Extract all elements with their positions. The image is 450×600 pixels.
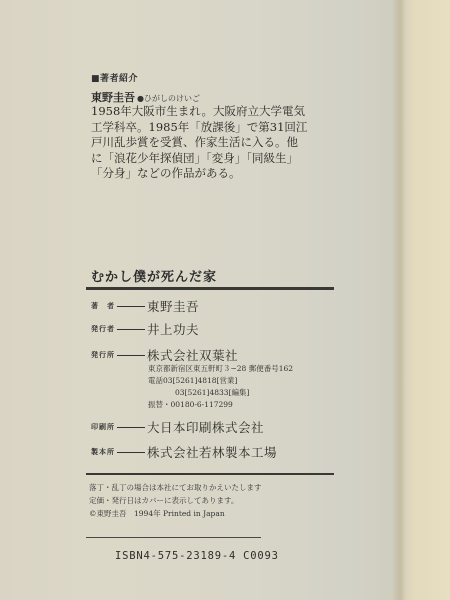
credit-dash <box>117 427 145 428</box>
title-divider <box>86 287 334 290</box>
bio-line: 工学科卒。1985年「放課後」で第31回江 <box>91 120 391 136</box>
author-bio-text: 1958年大阪市生まれ。大阪府立大学電気 工学科卒。1985年「放課後」で第31… <box>91 104 391 182</box>
author-name-reading: ●ひがしのけいご <box>137 94 200 103</box>
credit-label: 発行者 <box>91 324 117 334</box>
bio-line: 1958年大阪市生まれ。大阪府立大学電気 <box>91 104 391 120</box>
credit-value: 井上功夫 <box>147 320 199 338</box>
notice-divider <box>86 473 334 475</box>
notice-line: 落丁・乱丁の場合は本社にてお取りかえいたします <box>89 481 262 494</box>
credit-binder: 製本所 株式会社若林製本工場 <box>91 443 277 461</box>
colophon-page: ■著者紹介 東野圭吾●ひがしのけいご 1958年大阪市生まれ。大阪府立大学電気 … <box>0 0 450 600</box>
book-title: むかし僕が死んだ家 <box>91 266 217 285</box>
phone-sales: 電話03[5261]4818[営業] <box>148 375 293 387</box>
credit-issuer: 発行者 井上功夫 <box>91 320 199 338</box>
credit-dash <box>117 452 145 453</box>
credit-label: 印刷所 <box>91 422 117 432</box>
notice-line: 定価・発行日はカバーに表示してあります。 <box>89 494 262 507</box>
page-fold-shadow <box>392 0 406 600</box>
credit-author: 著 者 東野圭吾 <box>91 297 199 315</box>
author-bio-heading: ■著者紹介 <box>91 71 138 84</box>
bio-line: 戸川乱歩賞を受賞、作家生活に入る。他 <box>91 135 391 151</box>
credit-label: 著 者 <box>91 301 117 311</box>
publisher-address: 東京都新宿区東五軒町３−28 郵便番号162 電話03[5261]4818[営業… <box>148 363 293 411</box>
credit-dash <box>117 329 145 330</box>
notices: 落丁・乱丁の場合は本社にてお取りかえいたします 定価・発行日はカバーに表示してあ… <box>89 481 262 520</box>
author-name: 東野圭吾 <box>91 91 135 104</box>
isbn-divider <box>86 537 261 538</box>
credit-publisher: 発行所 株式会社双葉社 <box>91 346 238 364</box>
credit-printer: 印刷所 大日本印刷株式会社 <box>91 418 264 436</box>
credit-value: 大日本印刷株式会社 <box>147 418 264 436</box>
author-name-row: 東野圭吾●ひがしのけいご <box>91 86 200 105</box>
credit-dash <box>117 306 145 307</box>
credit-label: 製本所 <box>91 447 117 457</box>
transfer-account: 振替・00180-6-117299 <box>148 399 293 411</box>
credit-value: 株式会社若林製本工場 <box>147 443 277 461</box>
phone-editorial: 03[5261]4833[編集] <box>148 387 293 399</box>
bio-line: に「浪花少年探偵団」「変身」「同級生」 <box>91 151 391 167</box>
copyright-line: ©東野圭吾 1994年 Printed in Japan <box>89 507 262 520</box>
address-line: 東京都新宿区東五軒町３−28 郵便番号162 <box>148 363 293 375</box>
credit-value: 株式会社双葉社 <box>147 346 238 364</box>
isbn-code: ISBN4-575-23189-4 C0093 <box>115 550 279 562</box>
bio-line: 「分身」などの作品がある。 <box>91 166 391 182</box>
credit-dash <box>117 355 145 356</box>
credit-value: 東野圭吾 <box>147 297 199 315</box>
credit-label: 発行所 <box>91 350 117 360</box>
